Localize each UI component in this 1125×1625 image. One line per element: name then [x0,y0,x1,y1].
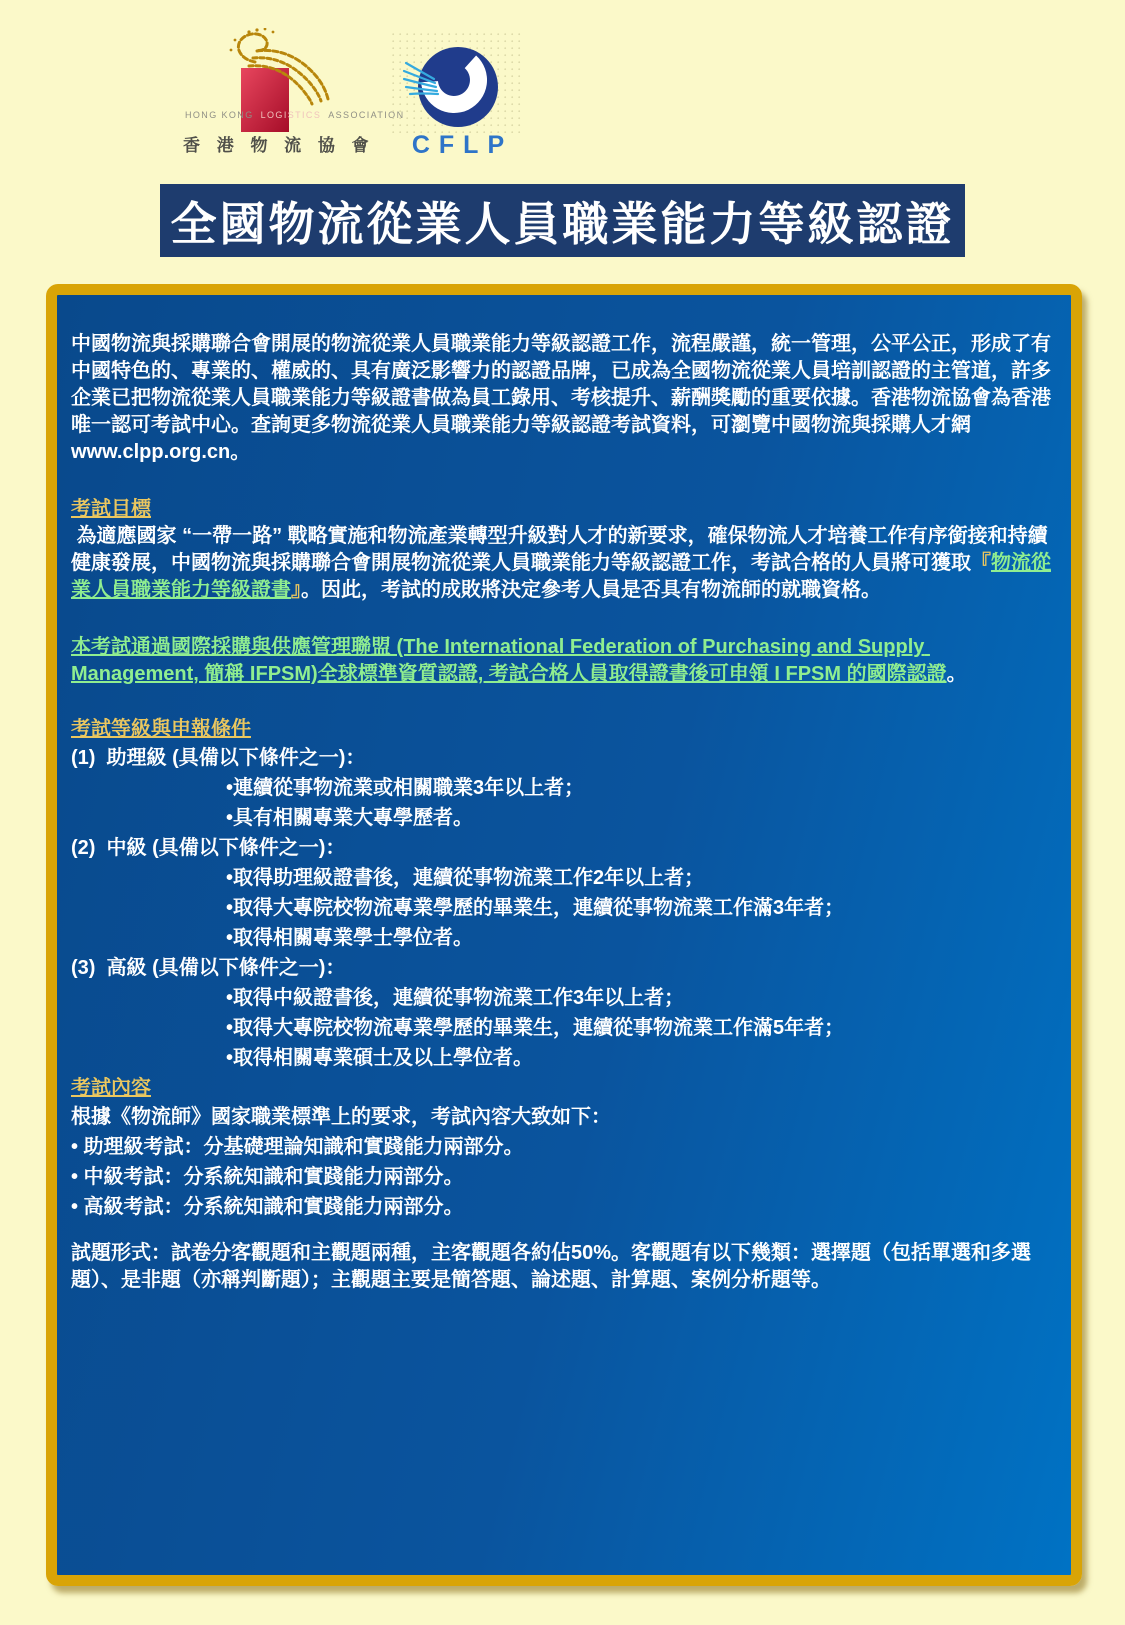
level-label-intermediate: (2) 中級 (具備以下條件之一)： [71,833,1057,863]
goal-text-2: 。因此，考試的成敗將決定參考人員是否具有物流師的就職資格。 [301,579,881,601]
cert-bracket-open: 『 [971,552,991,574]
exam-content-intro: 根據《物流師》國家職業標準上的要求，考試內容大致如下： [71,1102,1057,1132]
cflp-logo-icon [392,33,524,133]
cflp-logo: CFLP [392,33,524,171]
flyer-page: { "colors": { "page_bg": "#FBF9C9", "pan… [0,0,1125,1625]
level-requirement: •取得相關專業學士學位者。 [71,923,1057,953]
goal-text-1: 為適應國家 “一帶一路” 戰略實施和物流產業轉型升級對人才的新要求，確保物流人才… [71,525,1048,574]
level-requirement: •取得中級證書後，連續從事物流業工作3年以上者； [71,983,1057,1013]
level-requirement: •取得相關專業碩士及以上學位者。 [71,1043,1057,1073]
section-heading-exam-content: 考試內容 [71,1075,1057,1102]
intro-text-after: 。 [230,441,250,463]
cert-bracket-close: 』 [291,579,301,601]
ifpsm-paragraph: 本考試通過國際採購與供應管理聯盟 (The International Fede… [71,634,1057,688]
hkla-logo-chinese: 香 港 物 流 協 會 [183,131,373,156]
exam-content-item: • 高級考試：分系統知識和實踐能力兩部分。 [71,1192,1057,1222]
exam-goal-paragraph: 為適應國家 “一帶一路” 戰略實施和物流產業轉型升級對人才的新要求，確保物流人才… [71,523,1057,604]
hkla-logo: HONG KONG LOGISTICS ASSOCIATION 香 港 物 流 … [183,28,363,168]
cflp-acronym: CFLP [392,131,524,160]
clpp-url[interactable]: www.clpp.org.cn [71,441,230,463]
intro-paragraph: 中國物流與採購聯合會開展的物流從業人員職業能力等級認證工作，流程嚴謹，統一管理，… [71,331,1057,466]
section-heading-exam-levels: 考試等級與申報條件 [71,716,1057,743]
level-label-assistant: (1) 助理級 (具備以下條件之一)： [71,743,1057,773]
ifpsm-period: 。 [947,663,967,685]
level-requirement: •具有相關專業大專學歷者。 [71,803,1057,833]
content-panel-inner: 中國物流與採購聯合會開展的物流從業人員職業能力等級認證工作，流程嚴謹，統一管理，… [57,295,1071,1294]
section-heading-exam-goal: 考試目標 [71,496,1057,523]
exam-levels-section: 考試等級與申報條件 (1) 助理級 (具備以下條件之一)： •連續從事物流業或相… [71,716,1057,1073]
ifpsm-text: 本考試通過國際採購與供應管理聯盟 (The International Fede… [71,636,947,685]
level-label-advanced: (3) 高級 (具備以下條件之一)： [71,953,1057,983]
hkla-logo-english: HONG KONG LOGISTICS ASSOCIATION [185,110,363,120]
level-requirement: •取得助理級證書後，連續從事物流業工作2年以上者； [71,863,1057,893]
question-format-paragraph: 試題形式：試卷分客觀題和主觀題兩種，主客觀題各約佔50%。客觀題有以下幾類：選擇… [71,1240,1057,1294]
level-requirement: •取得大專院校物流專業學歷的畢業生，連續從事物流業工作滿5年者； [71,1013,1057,1043]
title-banner: 全國物流從業人員職業能力等級認證 [160,184,965,257]
exam-content-section: 考試內容 根據《物流師》國家職業標準上的要求，考試內容大致如下： • 助理級考試… [71,1075,1057,1222]
hkla-red-rect [241,68,289,132]
level-requirement: •取得大專院校物流專業學歷的畢業生，連續從事物流業工作滿3年者； [71,893,1057,923]
page-title: 全國物流從業人員職業能力等級認證 [171,188,955,254]
exam-content-item: • 中級考試：分系統知識和實踐能力兩部分。 [71,1162,1057,1192]
hkla-english-logistics: LOGISTICS [261,110,322,120]
intro-text: 中國物流與採購聯合會開展的物流從業人員職業能力等級認證工作，流程嚴謹，統一管理，… [71,333,1051,436]
exam-content-item: • 助理級考試：分基礎理論知識和實踐能力兩部分。 [71,1132,1057,1162]
content-panel: 中國物流與採購聯合會開展的物流從業人員職業能力等級認證工作，流程嚴謹，統一管理，… [46,284,1082,1586]
level-requirement: •連續從事物流業或相關職業3年以上者； [71,773,1057,803]
hkla-english-hongkong: HONG KONG [185,110,254,120]
